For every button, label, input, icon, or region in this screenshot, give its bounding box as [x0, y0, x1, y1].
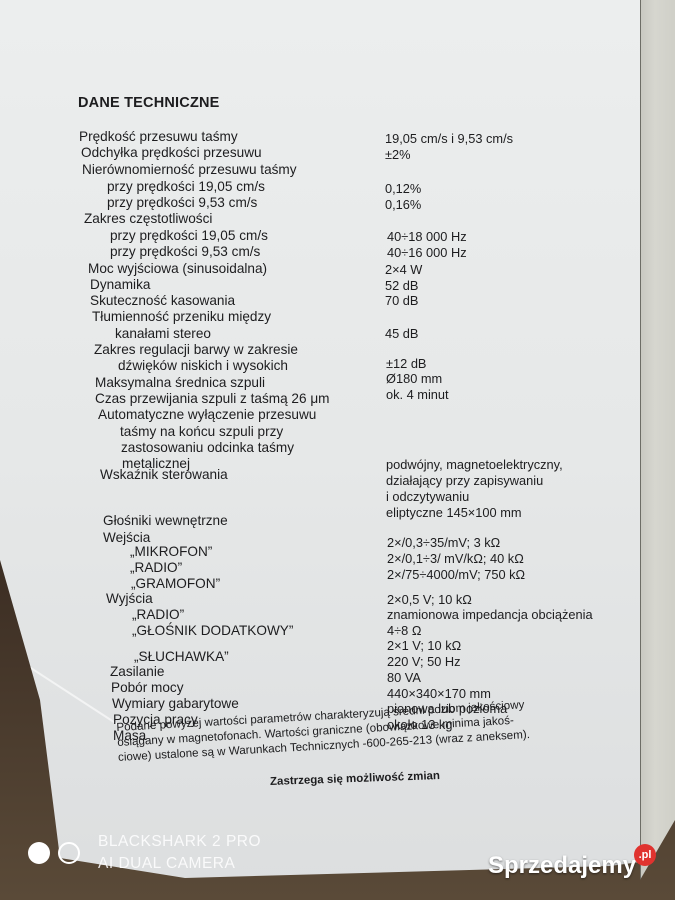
spec-value: 4÷8 Ω [387, 623, 421, 638]
spec-value: 52 dB [385, 278, 418, 293]
spec-value: 0,16% [385, 197, 421, 212]
spec-label: Moc wyjściowa (sinusoidalna) [88, 261, 267, 276]
spec-label: Wyjścia [106, 591, 153, 606]
site-watermark: Sprzedajemy .pl [488, 852, 636, 880]
spec-value: 70 dB [385, 293, 418, 308]
spec-label: przy prędkości 9,53 cm/s [107, 195, 257, 210]
spec-label: „RADIO” [132, 607, 184, 622]
spec-value: Ø180 mm [386, 371, 442, 386]
spec-value: 40÷16 000 Hz [387, 245, 467, 260]
spec-value: ±2% [385, 147, 411, 162]
spec-value: działający przy zapisywaniu [386, 473, 543, 488]
site-name: Sprzedajemy [488, 852, 636, 879]
spec-label: Tłumienność przeniku między [92, 309, 271, 324]
spec-label: dźwięków niskich i wysokich [118, 358, 288, 373]
spec-value: 2×1 V; 10 kΩ [387, 638, 461, 653]
camera-ring-icon [58, 842, 80, 864]
spec-value: 440×340×170 mm [387, 686, 491, 701]
spec-label: Wskaźnik sterowania [100, 467, 228, 482]
spec-value: 2×/0,3÷35/mV; 3 kΩ [387, 535, 500, 550]
spec-label: „GŁOŚNIK DODATKOWY” [132, 623, 293, 638]
spec-value: 80 VA [387, 670, 421, 685]
spec-value: znamionowa impedancja obciążenia [387, 607, 593, 622]
spec-value: eliptyczne 145×100 mm [386, 505, 522, 520]
spec-value: podwójny, magnetoelektryczny, [386, 457, 563, 472]
camera-feature-text: AI DUAL CAMERA [98, 855, 235, 873]
spec-label: Zakres częstotliwości [84, 211, 212, 226]
spec-value: 220 V; 50 Hz [387, 654, 461, 669]
spec-label: Wejścia [103, 530, 150, 545]
spec-label: przy prędkości 9,53 cm/s [110, 244, 260, 259]
spec-label: „RADIO” [130, 560, 182, 575]
spec-value: 2×4 W [385, 262, 422, 277]
spec-label: Nierównomierność przesuwu taśmy [82, 162, 297, 177]
adjacent-page [640, 0, 675, 890]
spec-label: Pobór mocy [111, 680, 184, 695]
spec-value: 40÷18 000 Hz [387, 229, 467, 244]
spec-label: Zasilanie [110, 664, 164, 679]
spec-label: Czas przewijania szpuli z taśmą 26 μm [95, 391, 329, 406]
spec-label: kanałami stereo [115, 326, 211, 341]
document-page: DANE TECHNICZNE Prędkość przesuwu taśmy1… [0, 0, 640, 900]
spec-label: Zakres regulacji barwy w zakresie [94, 342, 298, 357]
spec-label: „MIKROFON” [130, 544, 212, 559]
spec-label: „GRAMOFON” [131, 576, 220, 591]
spec-label: zastosowaniu odcinka taśmy [121, 440, 294, 455]
spec-value: 19,05 cm/s i 9,53 cm/s [385, 131, 513, 146]
spec-value: 2×/0,1÷3/ mV/kΩ; 40 kΩ [387, 551, 524, 566]
spec-value: ±12 dB [386, 356, 426, 371]
spec-label: taśmy na końcu szpuli przy [120, 424, 283, 439]
spec-label: Odchyłka prędkości przesuwu [81, 145, 262, 160]
spec-label: przy prędkości 19,05 cm/s [107, 179, 265, 194]
site-tld-badge: .pl [634, 844, 656, 866]
spec-label: Głośniki wewnętrzne [103, 513, 228, 528]
spec-value: 2×0,5 V; 10 kΩ [387, 592, 472, 607]
document-title: DANE TECHNICZNE [78, 95, 220, 111]
spec-value: i odczytywaniu [386, 489, 469, 504]
spec-label: Skuteczność kasowania [90, 293, 235, 308]
spec-value: 45 dB [385, 326, 418, 341]
spec-label: Automatyczne wyłączenie przesuwu [98, 407, 316, 422]
spec-label: Prędkość przesuwu taśmy [79, 129, 238, 144]
spec-label: Dynamika [90, 277, 150, 292]
reservation-note: Zastrzega się możliwość zmian [270, 770, 440, 788]
spec-value: 0,12% [385, 181, 421, 196]
spec-label: Wymiary gabarytowe [112, 696, 239, 711]
spec-value: ok. 4 minut [386, 387, 449, 402]
spec-label: „SŁUCHAWKA” [134, 649, 229, 664]
spec-label: Maksymalna średnica szpuli [95, 375, 265, 390]
camera-dot-icon [28, 842, 50, 864]
spec-value: 2×/75÷4000/mV; 750 kΩ [387, 567, 525, 582]
camera-model-text: BLACKSHARK 2 PRO [98, 833, 261, 851]
spec-label: przy prędkości 19,05 cm/s [110, 228, 268, 243]
